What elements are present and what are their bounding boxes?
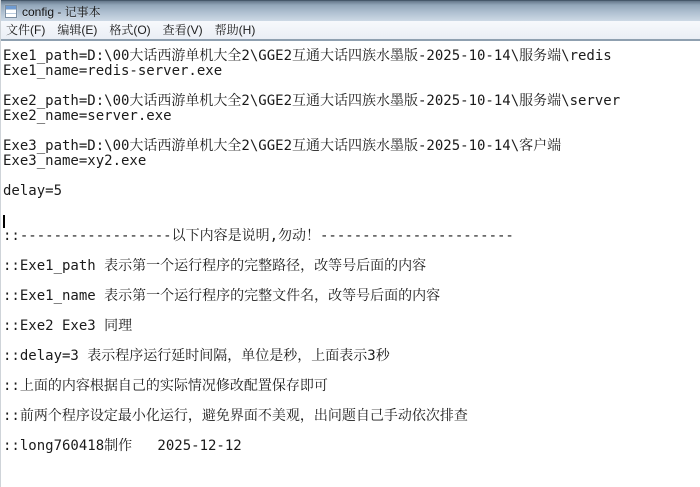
editor-line (3, 364, 700, 379)
title-bar[interactable]: config - 记事本 (1, 0, 700, 21)
editor-line (3, 169, 700, 184)
text-caret (3, 215, 5, 228)
editor-line: Exe1_name=redis-server.exe (3, 64, 700, 79)
editor-line (3, 199, 700, 214)
editor-line: ::上面的内容根据自己的实际情况修改配置保存即可 (3, 379, 700, 394)
editor-line: Exe2_path=D:\00大话西游单机大全2\GGE2互通大话四族水墨版-2… (3, 94, 700, 109)
menu-item[interactable]: 帮助(H) (211, 21, 260, 39)
editor-line: Exe3_path=D:\00大话西游单机大全2\GGE2互通大话四族水墨版-2… (3, 139, 700, 154)
editor-line (3, 394, 700, 409)
menu-item[interactable]: 文件(F) (2, 21, 49, 39)
editor-line: Exe2_name=server.exe (3, 109, 700, 124)
editor-line: ::------------------以下内容是说明,勿动！---------… (3, 229, 700, 244)
editor-line: ::Exe1_name 表示第一个运行程序的完整文件名，改等号后面的内容 (3, 289, 700, 304)
menu-item[interactable]: 查看(V) (159, 21, 207, 39)
editor-line: ::delay=3 表示程序运行延时间隔，单位是秒，上面表示3秒 (3, 349, 700, 364)
editor-line (3, 304, 700, 319)
editor-line (3, 424, 700, 439)
editor-line (3, 334, 700, 349)
editor-line: Exe1_path=D:\00大话西游单机大全2\GGE2互通大话四族水墨版-2… (3, 49, 700, 64)
editor-line: ::long760418制作 2025-12-12 (3, 439, 700, 454)
window-title: config - 记事本 (22, 3, 101, 20)
editor-line (3, 124, 700, 139)
notepad-window: config - 记事本 文件(F)编辑(E)格式(O)查看(V)帮助(H) E… (0, 0, 700, 487)
editor-line (3, 244, 700, 259)
text-editor[interactable]: Exe1_path=D:\00大话西游单机大全2\GGE2互通大话四族水墨版-2… (1, 41, 700, 487)
editor-line: ::Exe2 Exe3 同理 (3, 319, 700, 334)
editor-line (3, 274, 700, 289)
editor-line: Exe3_name=xy2.exe (3, 154, 700, 169)
menu-item[interactable]: 编辑(E) (53, 21, 101, 39)
menu-bar: 文件(F)编辑(E)格式(O)查看(V)帮助(H) (1, 21, 700, 41)
editor-line: delay=5 (3, 184, 700, 199)
menu-item[interactable]: 格式(O) (105, 21, 154, 39)
editor-line: ::Exe1_path 表示第一个运行程序的完整路径，改等号后面的内容 (3, 259, 700, 274)
editor-line (3, 214, 700, 229)
editor-line: ::前两个程序设定最小化运行，避免界面不美观，出问题自己手动依次排查 (3, 409, 700, 424)
editor-line (3, 79, 700, 94)
notepad-icon (5, 5, 17, 18)
